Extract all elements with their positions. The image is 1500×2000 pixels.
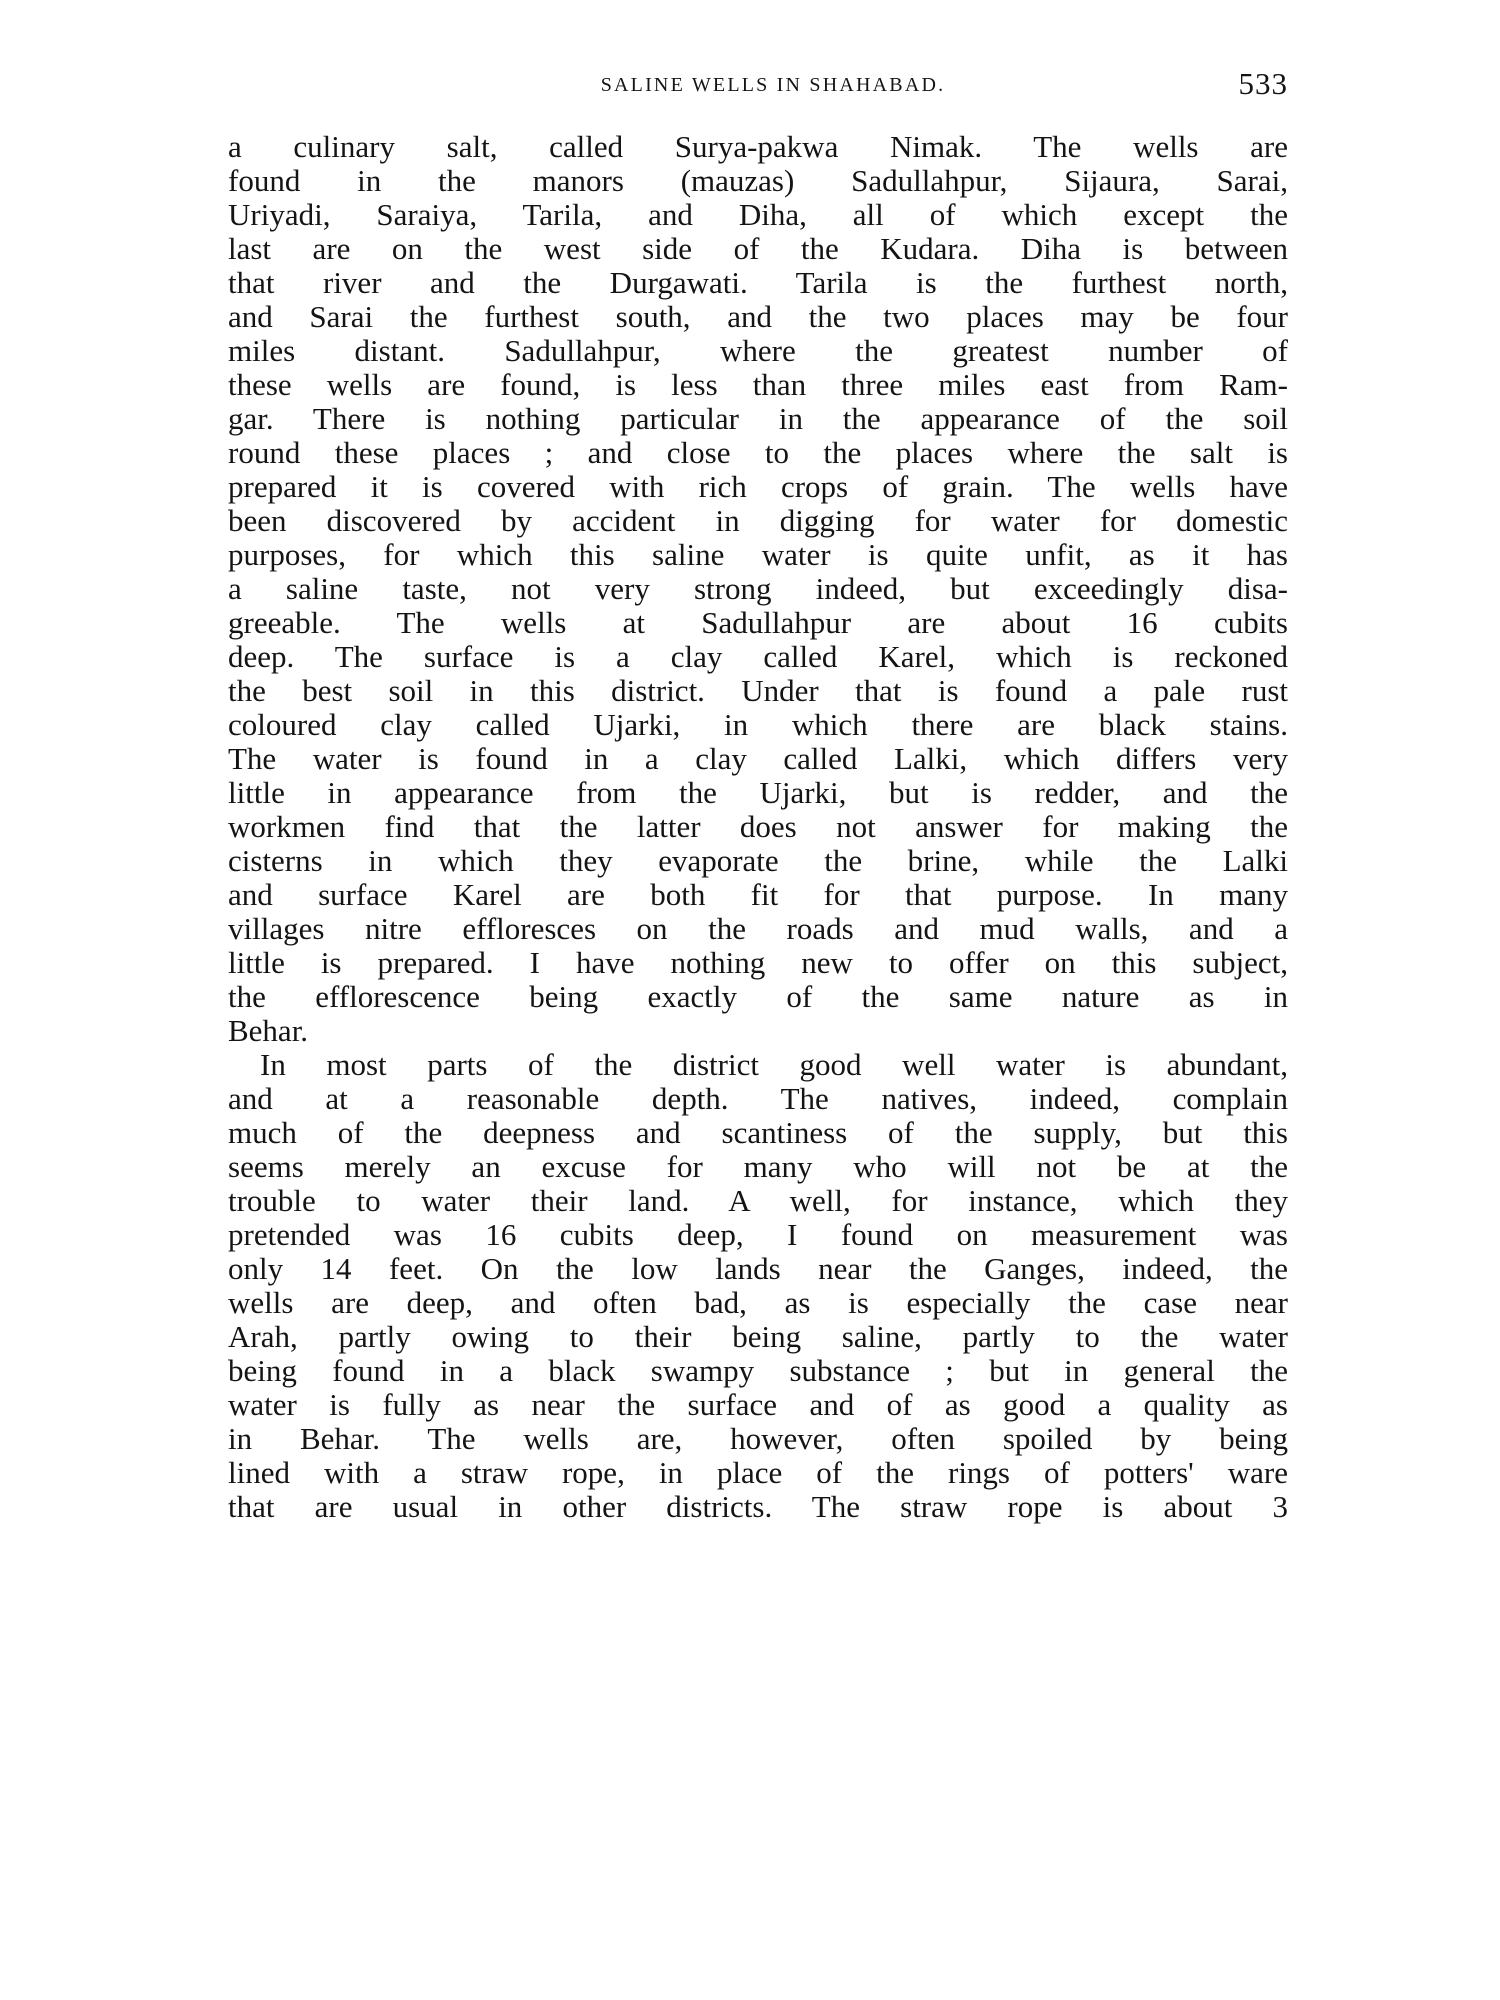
text-line: last are on the west side of the Kudara.… — [228, 232, 1288, 266]
text-line: pretended was 16 cubits deep, I found on… — [228, 1218, 1288, 1252]
text-line: been discovered by accident in digging f… — [228, 504, 1288, 538]
text-line: that river and the Durgawati. Tarila is … — [228, 266, 1288, 300]
text-line: lined with a straw rope, in place of the… — [228, 1456, 1288, 1490]
text-line: in Behar. The wells are, however, often … — [228, 1422, 1288, 1456]
text-line: and Sarai the furthest south, and the tw… — [228, 300, 1288, 334]
text-line: The water is found in a clay called Lalk… — [228, 742, 1288, 776]
paragraph-1: a culinary salt, called Surya-pakwa Nima… — [228, 130, 1288, 1048]
text-line: a culinary salt, called Surya-pakwa Nima… — [228, 130, 1288, 164]
running-head: SALINE WELLS IN SHAHABAD. 533 — [228, 68, 1288, 104]
text-line: water is fully as near the surface and o… — [228, 1388, 1288, 1422]
text-line: round these places ; and close to the pl… — [228, 436, 1288, 470]
text-line: Uriyadi, Saraiya, Tarila, and Diha, all … — [228, 198, 1288, 232]
text-line: coloured clay called Ujarki, in which th… — [228, 708, 1288, 742]
text-line: the best soil in this district. Under th… — [228, 674, 1288, 708]
text-line: only 14 feet. On the low lands near the … — [228, 1252, 1288, 1286]
text-line: trouble to water their land. A well, for… — [228, 1184, 1288, 1218]
text-line: seems merely an excuse for many who will… — [228, 1150, 1288, 1184]
body-text: a culinary salt, called Surya-pakwa Nima… — [228, 130, 1288, 1524]
text-line: and surface Karel are both fit for that … — [228, 878, 1288, 912]
text-line: these wells are found, is less than thre… — [228, 368, 1288, 402]
text-line: and at a reasonable depth. The natives, … — [228, 1082, 1288, 1116]
text-line: villages nitre effloresces on the roads … — [228, 912, 1288, 946]
book-page: SALINE WELLS IN SHAHABAD. 533 a culinary… — [0, 0, 1500, 2000]
text-line: deep. The surface is a clay called Karel… — [228, 640, 1288, 674]
text-line: a saline taste, not very strong indeed, … — [228, 572, 1288, 606]
text-line: found in the manors (mauzas) Sadullahpur… — [228, 164, 1288, 198]
text-line: miles distant. Sadullahpur, where the gr… — [228, 334, 1288, 368]
text-line: Behar. — [228, 1014, 1288, 1048]
text-line: Arah, partly owing to their being saline… — [228, 1320, 1288, 1354]
text-line: purposes, for which this saline water is… — [228, 538, 1288, 572]
text-line: little is prepared. I have nothing new t… — [228, 946, 1288, 980]
text-line: workmen find that the latter does not an… — [228, 810, 1288, 844]
running-title: SALINE WELLS IN SHAHABAD. — [228, 74, 1288, 97]
page-number: 533 — [1239, 66, 1289, 102]
text-line: In most parts of the district good well … — [228, 1048, 1288, 1082]
paragraph-2: In most parts of the district good well … — [228, 1048, 1288, 1524]
text-line: little in appearance from the Ujarki, bu… — [228, 776, 1288, 810]
text-line: wells are deep, and often bad, as is esp… — [228, 1286, 1288, 1320]
text-line: gar. There is nothing particular in the … — [228, 402, 1288, 436]
text-line: cisterns in which they evaporate the bri… — [228, 844, 1288, 878]
text-line: that are usual in other districts. The s… — [228, 1490, 1288, 1524]
text-line: prepared it is covered with rich crops o… — [228, 470, 1288, 504]
text-line: the efflorescence being exactly of the s… — [228, 980, 1288, 1014]
text-line: greeable. The wells at Sadullahpur are a… — [228, 606, 1288, 640]
text-line: much of the deepness and scantiness of t… — [228, 1116, 1288, 1150]
text-line: being found in a black swampy substance … — [228, 1354, 1288, 1388]
